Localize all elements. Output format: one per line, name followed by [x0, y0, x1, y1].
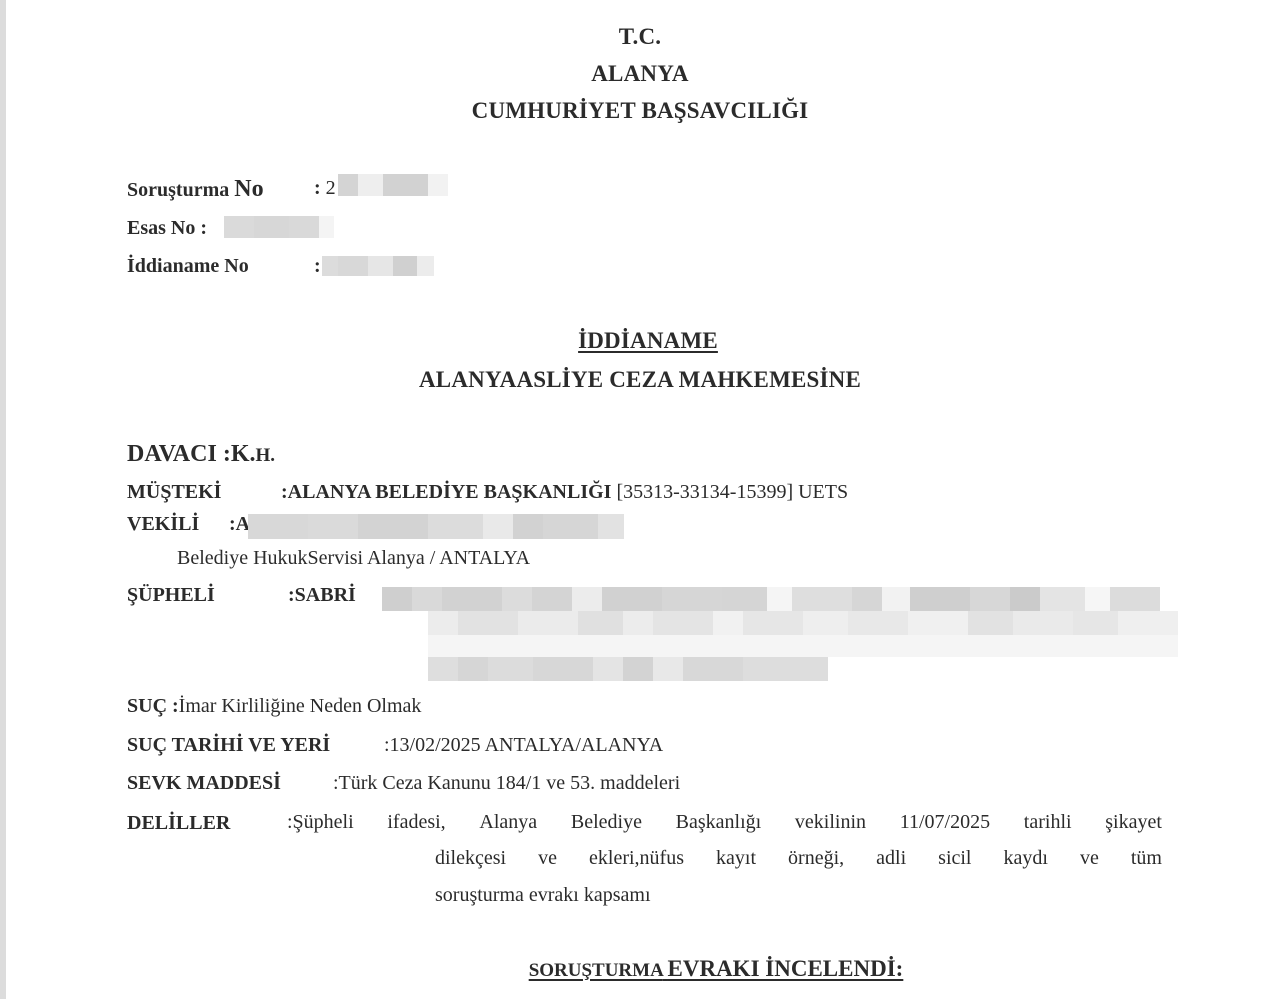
iddianame-no-label: İddianame No [127, 255, 249, 278]
suc-row: SUÇ :İmar Kirliliğine Neden Olmak [127, 695, 421, 718]
sorusturma-label-text: Soruşturma [127, 179, 229, 201]
redacted-iddianame-no [322, 256, 434, 276]
deliller-word: Alanya [479, 811, 537, 834]
vekili-address: Belediye HukukServisi Alanya / ANTALYA [177, 547, 530, 570]
document-page: T.C. ALANYA CUMHURİYET BAŞSAVCILIĞI Soru… [0, 0, 1280, 999]
deliller-word: Başkanlığı [676, 811, 762, 834]
header-tc: T.C. [0, 24, 1280, 50]
musteki-uets-code: [35313-33134-15399] UETS [616, 481, 848, 503]
deliller-word: tüm [1131, 847, 1162, 870]
document-title: İDDİANAME [0, 328, 1280, 354]
sorusturma-no-value: : 2 [314, 177, 336, 200]
sorusturma-value-visible: 2 [326, 177, 336, 199]
deliller-word: 11/07/2025 [900, 811, 990, 834]
deliller-label: DELİLLER [127, 812, 230, 835]
sorusturma-no-word: No [234, 176, 263, 202]
deliller-word: ve [1080, 847, 1099, 870]
suc-tarihi-value: :13/02/2025 ANTALYA/ALANYA [384, 734, 663, 757]
suc-value: İmar Kirliliğine Neden Olmak [179, 695, 422, 717]
suc-label: SUÇ : [127, 695, 179, 717]
deliller-word: kayıt [716, 847, 756, 870]
musteki-name: :ALANYA BELEDİYE BAŞKANLIĞI [281, 481, 611, 503]
redacted-sorusturma-no [338, 174, 448, 196]
iddianame-no-separator: : [314, 255, 321, 278]
deliller-word: adli [876, 847, 906, 870]
deliller-word: Belediye [571, 811, 642, 834]
header-city: ALANYA [0, 61, 1280, 87]
deliller-line-3: soruşturma evrakı kapsamı [435, 884, 651, 907]
deliller-word: ifadesi, [387, 811, 445, 834]
vekili-value-visible: :A [229, 513, 250, 536]
section-heading: SORUŞTURMA EVRAKI İNCELENDİ: [0, 956, 1280, 982]
supheli-value-visible: :SABRİ [288, 584, 356, 607]
deliller-line-1: :Şüpheliifadesi,AlanyaBelediyeBaşkanlığı… [287, 811, 1162, 834]
deliller-line-2: dilekçesiveekleri,nüfuskayıtörneği,adlis… [435, 847, 1162, 870]
supheli-label: ŞÜPHELİ [127, 584, 215, 607]
court-name: ALANYAASLİYE CEZA MAHKEMESİNE [0, 367, 1280, 393]
deliller-word: :Şüpheli [287, 811, 354, 834]
redacted-vekili-name [248, 514, 624, 539]
section-heading-small: SORUŞTURMA [529, 960, 663, 981]
redacted-esas-no [224, 216, 334, 238]
deliller-word: vekilinin [795, 811, 866, 834]
sorusturma-no-label: Soruşturma No [127, 176, 264, 203]
deliller-word: ekleri,nüfus [589, 847, 684, 870]
redacted-supheli-line-1 [382, 587, 1160, 611]
davaci-row: DAVACI :K.H. [127, 441, 275, 468]
musteki-label: MÜŞTEKİ [127, 481, 221, 504]
musteki-value: :ALANYA BELEDİYE BAŞKANLIĞI [35313-33134… [281, 481, 848, 504]
deliller-word: kaydı [1004, 847, 1048, 870]
davaci-initial-1: K. [231, 441, 256, 467]
deliller-word: tarihli [1024, 811, 1072, 834]
davaci-label: DAVACI : [127, 441, 231, 467]
deliller-word: şikayet [1105, 811, 1162, 834]
redacted-supheli-line-3 [428, 635, 1178, 657]
esas-no-label: Esas No : [127, 217, 207, 240]
sevk-maddesi-label: SEVK MADDESİ [127, 772, 281, 795]
deliller-word: sicil [938, 847, 971, 870]
vekili-label: VEKİLİ [127, 513, 199, 536]
deliller-word: dilekçesi [435, 847, 506, 870]
header-office: CUMHURİYET BAŞSAVCILIĞI [0, 98, 1280, 124]
suc-tarihi-label: SUÇ TARİHİ VE YERİ [127, 734, 330, 757]
section-heading-large: EVRAKI İNCELENDİ: [668, 956, 904, 981]
sevk-maddesi-value: :Türk Ceza Kanunu 184/1 ve 53. maddeleri [333, 772, 680, 795]
davaci-initial-2: H. [255, 445, 275, 466]
sorusturma-separator: : [314, 177, 321, 199]
redacted-supheli-line-2 [428, 611, 1178, 635]
deliller-word: örneği, [788, 847, 844, 870]
deliller-word: ve [538, 847, 557, 870]
redacted-supheli-line-4 [428, 657, 828, 681]
